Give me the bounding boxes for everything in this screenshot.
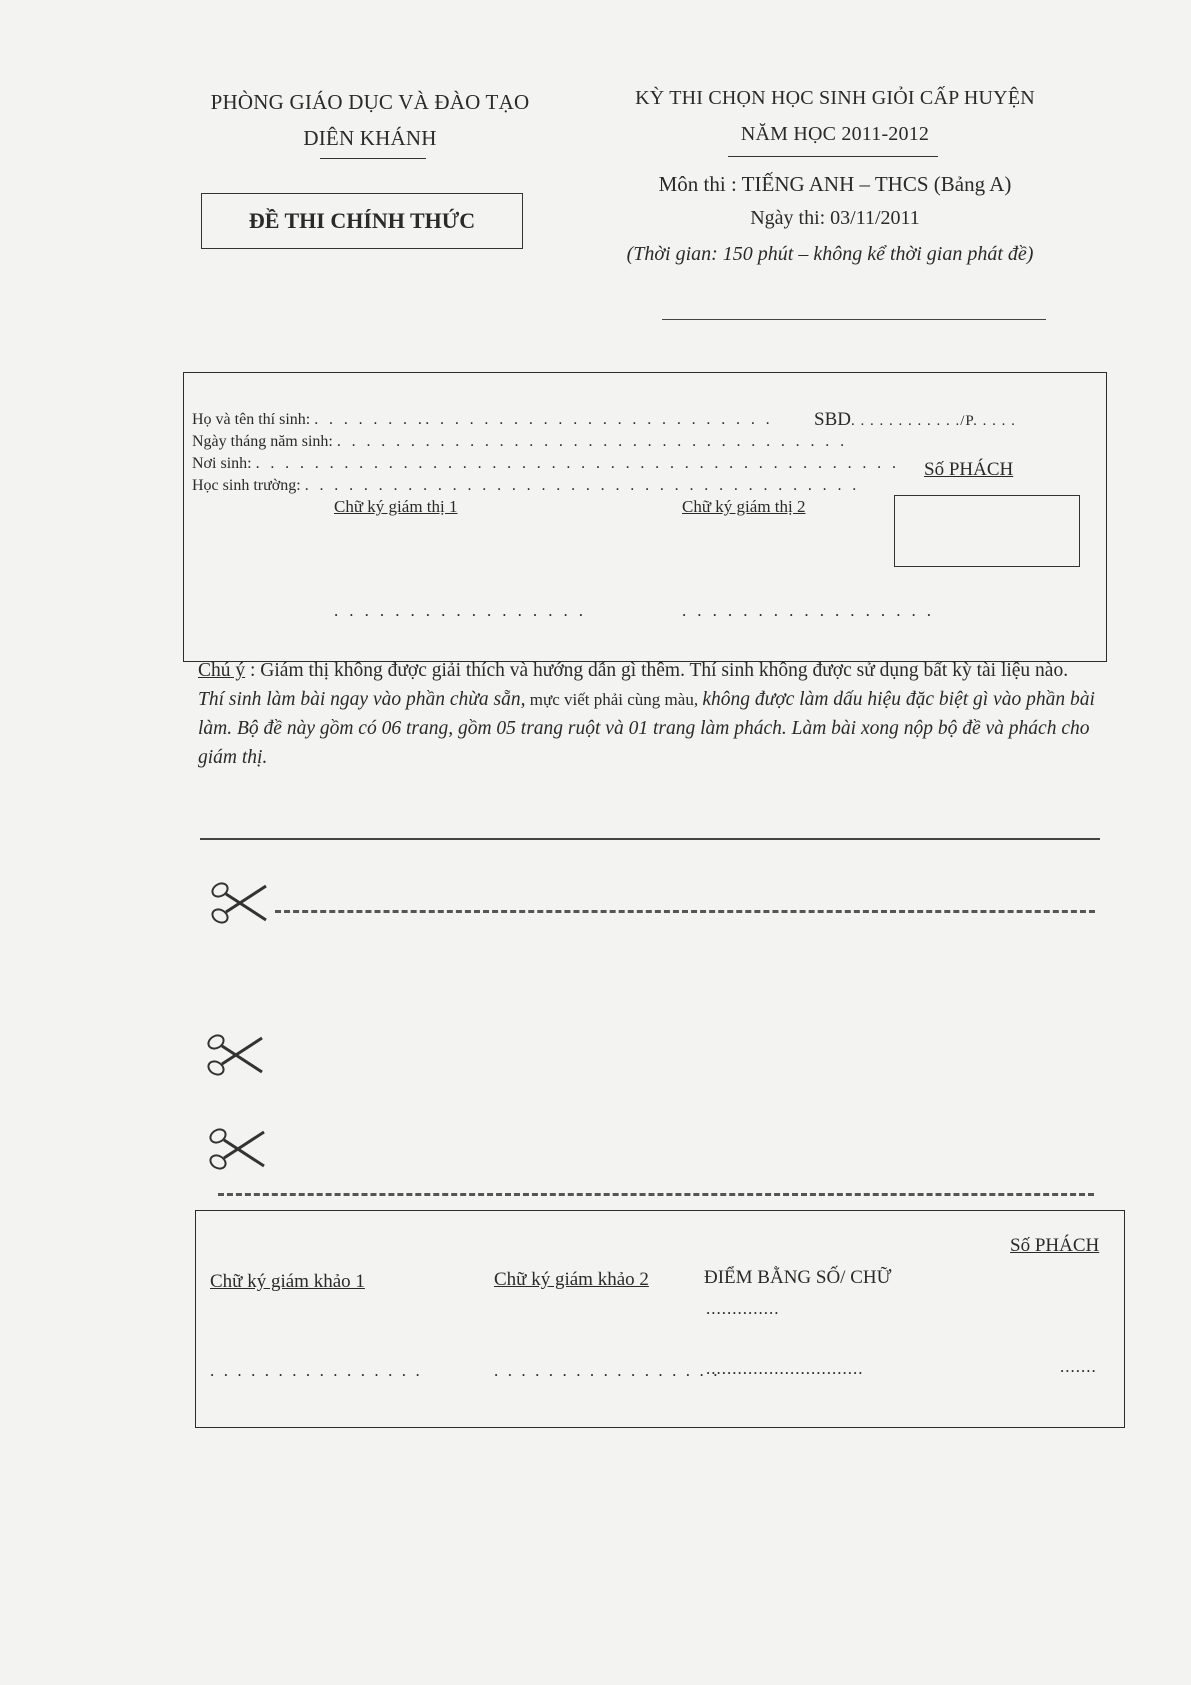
exam-title: KỲ THI CHỌN HỌC SINH GIỎI CẤP HUYỆN [575,80,1095,116]
sbd-field[interactable]: SBD. . . . . . . . . . . ./P. . . . . [814,409,1016,431]
department-header: PHÒNG GIÁO DỤC VÀ ĐÀO TẠO DIÊN KHÁNH [160,84,580,156]
score-label: ĐIỂM BẰNG SỐ/ CHỮ [704,1267,891,1289]
district-name: DIÊN KHÁNH [160,120,580,156]
cut-line [218,1193,1094,1196]
exam-duration: (Thời gian: 150 phút – không kể thời gia… [560,238,1100,270]
dob-blank[interactable]: . . . . . . . . . . . . . . . . . . . . … [337,433,848,450]
sbd-blank[interactable]: . . . . . . . . . . . ./P. . . . . [851,413,1016,429]
department-name: PHÒNG GIÁO DỤC VÀ ĐÀO TẠO [160,84,580,120]
examiner2-signature-blank[interactable]: . . . . . . . . . . . . . . . . . [494,1361,720,1381]
school-field[interactable]: Học sinh trường: . . . . . . . . . . . .… [192,475,860,497]
note-text: : Giám thị không được giải thích và hướn… [245,660,1068,681]
full-name-blank[interactable]: . . . . . . . .. . . . . . . . . . . . .… [314,411,773,428]
proctor2-signature-label: Chữ ký giám thị 2 [682,497,806,517]
school-blank[interactable]: . . . . . . . . . . . . . . . . . . . . … [305,477,860,494]
proctor1-signature-label: Chữ ký giám thị 1 [334,497,458,517]
full-name-label: Họ và tên thí sinh: [192,411,310,428]
scissors-icon [208,880,268,928]
candidate-info-box: Họ và tên thí sinh: . . . . . . . .. . .… [183,372,1107,662]
exam-header: KỲ THI CHỌN HỌC SINH GIỎI CẤP HUYỆN NĂM … [575,80,1095,152]
birthplace-label: Nơi sinh: [192,455,252,472]
score-number-blank[interactable]: .............. [706,1299,780,1319]
note-text: mực viết phải cùng màu, [526,690,703,709]
scissors-icon [204,1032,264,1080]
examiner1-signature-label: Chữ ký giám khảo 1 [210,1271,365,1293]
school-year: NĂM HỌC 2011-2012 [575,116,1095,152]
separator-line [200,838,1100,840]
note-label: Chú ý [198,660,245,681]
instructions-note: Chú ý : Giám thị không được giải thích v… [198,656,1098,772]
sophach-blank[interactable]: ....... [1060,1357,1097,1377]
official-exam-label: ĐỀ THI CHÍNH THỨC [249,208,475,234]
cut-line [275,910,1095,913]
section-divider [662,319,1046,320]
dob-field[interactable]: Ngày tháng năm sinh: . . . . . . . . . .… [192,431,847,453]
examiner1-signature-blank[interactable]: . . . . . . . . . . . . . . . . [210,1361,422,1381]
scissors-icon [206,1126,266,1174]
sophach-input-box[interactable] [894,495,1080,567]
official-exam-badge: ĐỀ THI CHÍNH THỨC [201,193,523,249]
dob-label: Ngày tháng năm sinh: [192,433,333,450]
proctor1-signature-blank[interactable]: . . . . . . . . . . . . . . . . . [334,601,586,621]
exam-subject: Môn thi : TIẾNG ANH – THCS (Bảng A) [575,168,1095,200]
birthplace-blank[interactable]: . . . . . . . . . . . . . . . . . . . . … [256,455,900,472]
proctor2-signature-blank[interactable]: . . . . . . . . . . . . . . . . . [682,601,934,621]
sophach-label: Số PHÁCH [1010,1235,1099,1257]
scoring-box: Số PHÁCH Chữ ký giám khảo 1 Chữ ký giám … [195,1210,1125,1428]
note-text-italic: Thí sinh làm bài ngay vào phần chừa sẵn, [198,689,526,710]
header-divider [728,156,938,157]
full-name-field[interactable]: Họ và tên thí sinh: . . . . . . . .. . .… [192,409,773,431]
birthplace-field[interactable]: Nơi sinh: . . . . . . . . . . . . . . . … [192,453,899,475]
sophach-label: Số PHÁCH [924,459,1013,481]
header-divider [320,158,426,159]
sbd-label: SBD [814,409,851,430]
examiner2-signature-label: Chữ ký giám khảo 2 [494,1269,649,1291]
score-words-blank[interactable]: .............................. [706,1359,864,1379]
exam-date: Ngày thi: 03/11/2011 [575,202,1095,234]
school-label: Học sinh trường: [192,477,301,494]
